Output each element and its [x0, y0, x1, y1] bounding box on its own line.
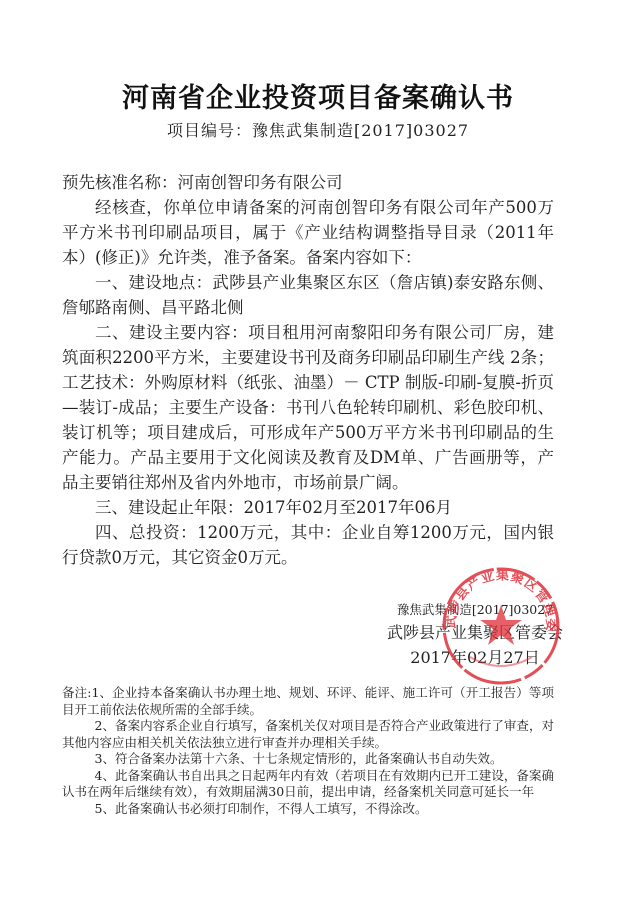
- project-number-label: 项目编号：: [167, 121, 252, 140]
- signature-reference: 豫焦武集制造[2017]03027: [380, 600, 570, 620]
- document-title: 河南省企业投资项目备案确认书: [0, 76, 636, 115]
- signature-organization: 武陟县产业集聚区管委会: [380, 620, 570, 646]
- construction-location: 一、建设地点：武陟县产业集聚区东区（詹店镇)泰安路东侧、詹郇路南侧、昌平路北侧: [62, 270, 554, 320]
- document-page: 河南省企业投资项目备案确认书 项目编号：豫焦武集制造[2017]03027 预先…: [0, 0, 636, 900]
- approved-name: 河南创智印务有限公司: [178, 173, 343, 192]
- note-5: 5、此备案确认书必须打印制作，不得人工填写，不得涂改。: [62, 801, 554, 818]
- note-3: 3、符合备案办法第十六条、十七条规定情形的，此备案确认书自动失效。: [62, 751, 554, 768]
- approved-name-label: 预先核准名称：: [62, 173, 178, 192]
- construction-period: 三、建设起止年限：2017年02月至2017年06月: [62, 495, 554, 520]
- total-investment: 四、总投资：1200万元，其中：企业自筹1200万元，国内银行贷款0万元，其它资…: [62, 520, 554, 570]
- project-number: 豫焦武集制造[2017]03027: [252, 121, 469, 140]
- notes-section: 备注:1、企业持本备案确认书办理土地、规划、环评、能评、施工许可（开工报告）等项…: [62, 685, 554, 817]
- project-number-line: 项目编号：豫焦武集制造[2017]03027: [0, 118, 636, 141]
- note-1: 备注:1、企业持本备案确认书办理土地、规划、环评、能评、施工许可（开工报告）等项…: [62, 685, 554, 718]
- note-4: 4、此备案确认书自出具之日起两年内有效（若项目在有效期内已开工建设，备案确认书在…: [62, 768, 554, 801]
- signature-block: 豫焦武集制造[2017]03027 武陟县产业集聚区管委会 2017年02月27…: [340, 600, 570, 670]
- note-2: 2、备案内容系企业自行填写，备案机关仅对项目是否符合产业政策进行了审查，对其他内…: [62, 718, 554, 751]
- intro-paragraph: 经核查，你单位申请备案的河南创智印务有限公司年产500万平方米书刊印刷品项目，属…: [62, 195, 554, 270]
- document-body: 预先核准名称：河南创智印务有限公司 经核查，你单位申请备案的河南创智印务有限公司…: [62, 170, 554, 570]
- signature-date: 2017年02月27日: [380, 646, 570, 670]
- approved-name-line: 预先核准名称：河南创智印务有限公司: [62, 170, 554, 195]
- construction-content: 二、建设主要内容：项目租用河南黎阳印务有限公司厂房，建筑面积2200平方米，主要…: [62, 320, 554, 495]
